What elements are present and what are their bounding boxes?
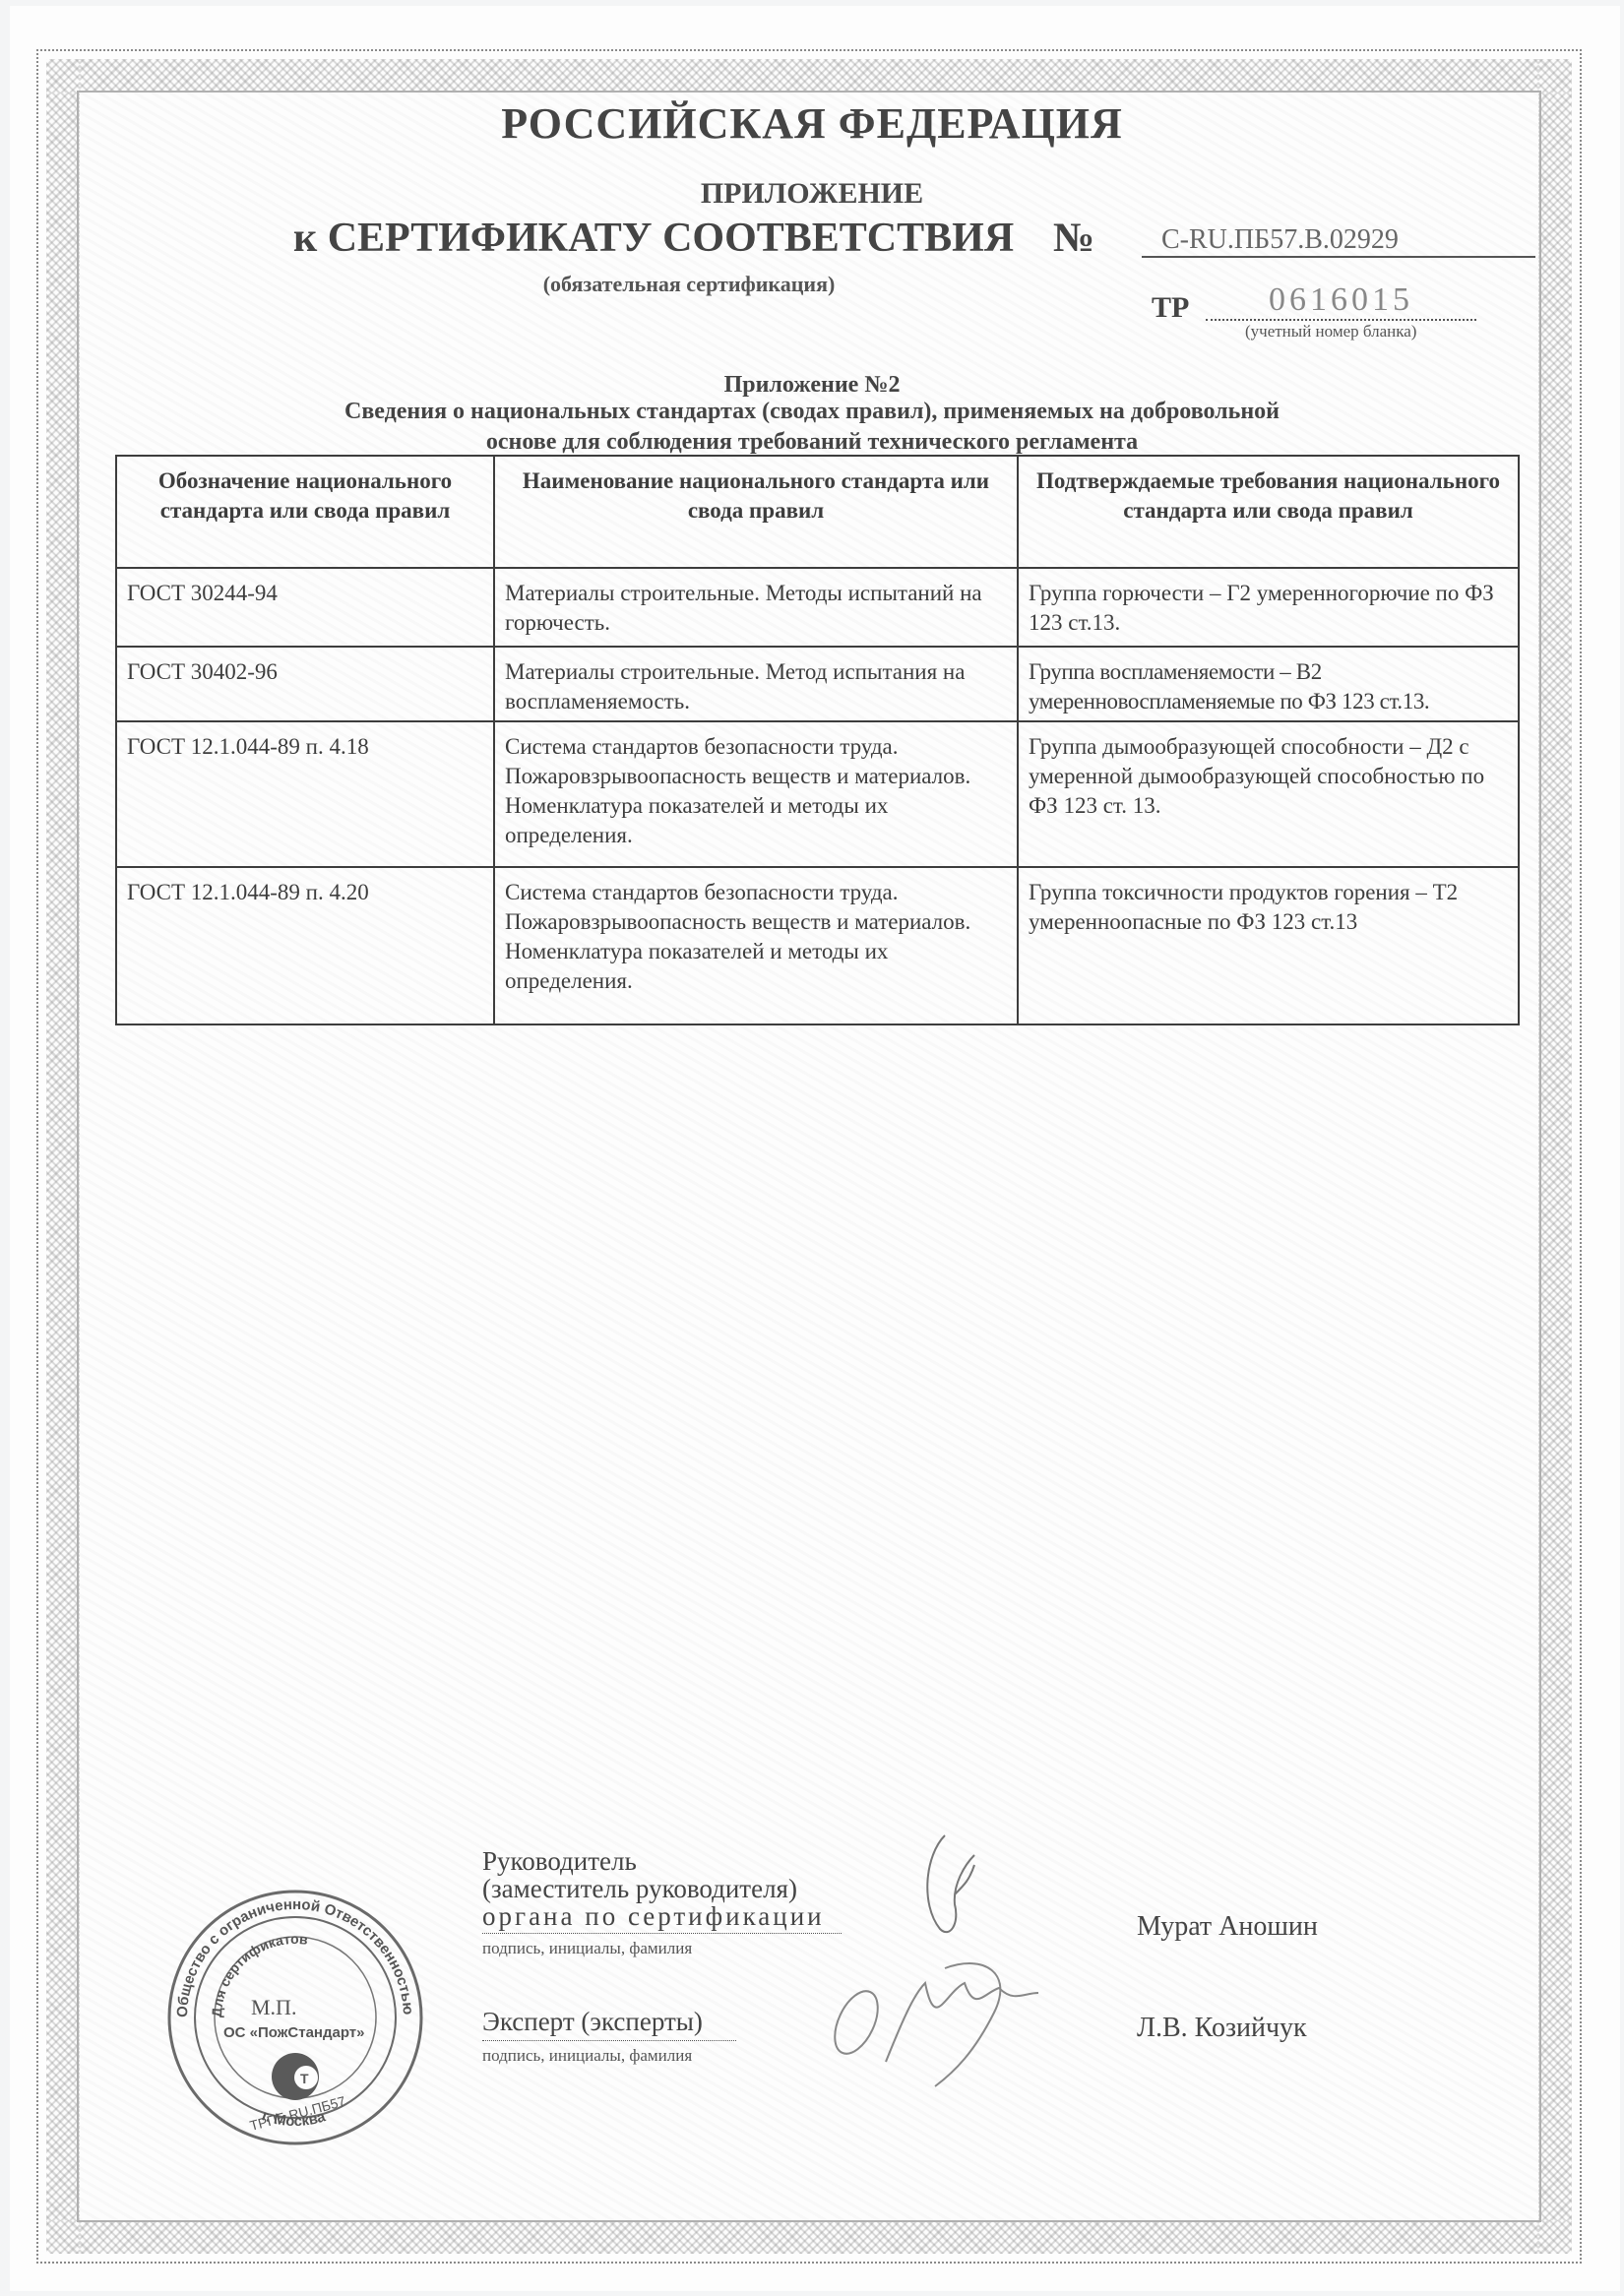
country-title: РОССИЙСКАЯ ФЕДЕРАЦИЯ [0,98,1624,149]
cell-requirements: Группа дымообразующей способности – Д2 с… [1018,721,1519,867]
number-sign: № [1053,215,1094,262]
expert-caption: подпись, инициалы, фамилия [482,2046,692,2066]
expert-name: Л.В. Козийчук [1137,2013,1307,2044]
column-header-name: Наименование национального стандарта или… [494,456,1018,568]
svg-text:М.П.: М.П. [251,1995,296,2019]
expert-signature-line [482,2040,736,2041]
head-signature-icon [915,1826,994,1944]
table-row: ГОСТ 30402-96 Материалы строительные. Ме… [116,647,1519,721]
cell-name: Система стандартов безопасности труда. П… [494,867,1018,1024]
certificate-number: C-RU.ПБ57.В.02929 [1142,224,1535,258]
section-description-line2: основе для соблюдения требований техниче… [0,429,1624,456]
table-row: ГОСТ 12.1.044-89 п. 4.20 Система стандар… [116,867,1519,1024]
certificate-title: к СЕРТИФИКАТУ СООТВЕТСТВИЯ [293,215,1014,262]
cell-name: Материалы строительные. Методы испытаний… [494,568,1018,647]
head-label-line1: Руководитель [482,1847,637,1876]
table-row: ГОСТ 30244-94 Материалы строительные. Ме… [116,568,1519,647]
cell-designation: ГОСТ 12.1.044-89 п. 4.20 [116,867,494,1024]
table-row: ГОСТ 12.1.044-89 п. 4.18 Система стандар… [116,721,1519,867]
standards-table: Обозначение национального стандарта или … [115,455,1520,1025]
cell-requirements: Группа воспламеняемости – В2 умеренновос… [1018,647,1519,721]
column-header-requirements: Подтверждаемые требования национального … [1018,456,1519,568]
head-name: Мурат Аношин [1137,1911,1318,1943]
column-header-designation: Обозначение национального стандарта или … [116,456,494,568]
cell-designation: ГОСТ 30402-96 [116,647,494,721]
tr-label: ТР [1152,291,1189,325]
certification-stamp-icon: Общество с ограниченной Ответственностью… [162,1885,428,2150]
head-caption: подпись, инициалы, фамилия [482,1939,692,1958]
table-header-row: Обозначение национального стандарта или … [116,456,1519,568]
head-label-line3: органа по сертификации [482,1902,825,1931]
appendix-number: Приложение №2 [0,372,1624,399]
expert-signature-icon [827,1954,1063,2091]
svg-text:T: T [300,2071,309,2086]
cell-name: Материалы строительные. Метод испытания … [494,647,1018,721]
cell-designation: ГОСТ 30244-94 [116,568,494,647]
expert-label: Эксперт (эксперты) [482,2008,703,2036]
cell-requirements: Группа горючести – Г2 умеренногорючие по… [1018,568,1519,647]
head-label-line2: (заместитель руководителя) [482,1875,797,1903]
form-number: 0616015 [1206,281,1476,321]
head-signature-line [482,1933,842,1934]
cell-name: Система стандартов безопасности труда. П… [494,721,1018,867]
section-description-line1: Сведения о национальных стандартах (свод… [0,399,1624,425]
appendix-heading: ПРИЛОЖЕНИЕ [0,177,1624,211]
svg-text:ОС «ПожСтандарт»: ОС «ПожСтандарт» [223,2024,365,2041]
cell-requirements: Группа токсичности продуктов горения – Т… [1018,867,1519,1024]
form-number-caption: (учетный номер бланка) [1245,322,1416,341]
cell-designation: ГОСТ 12.1.044-89 п. 4.18 [116,721,494,867]
